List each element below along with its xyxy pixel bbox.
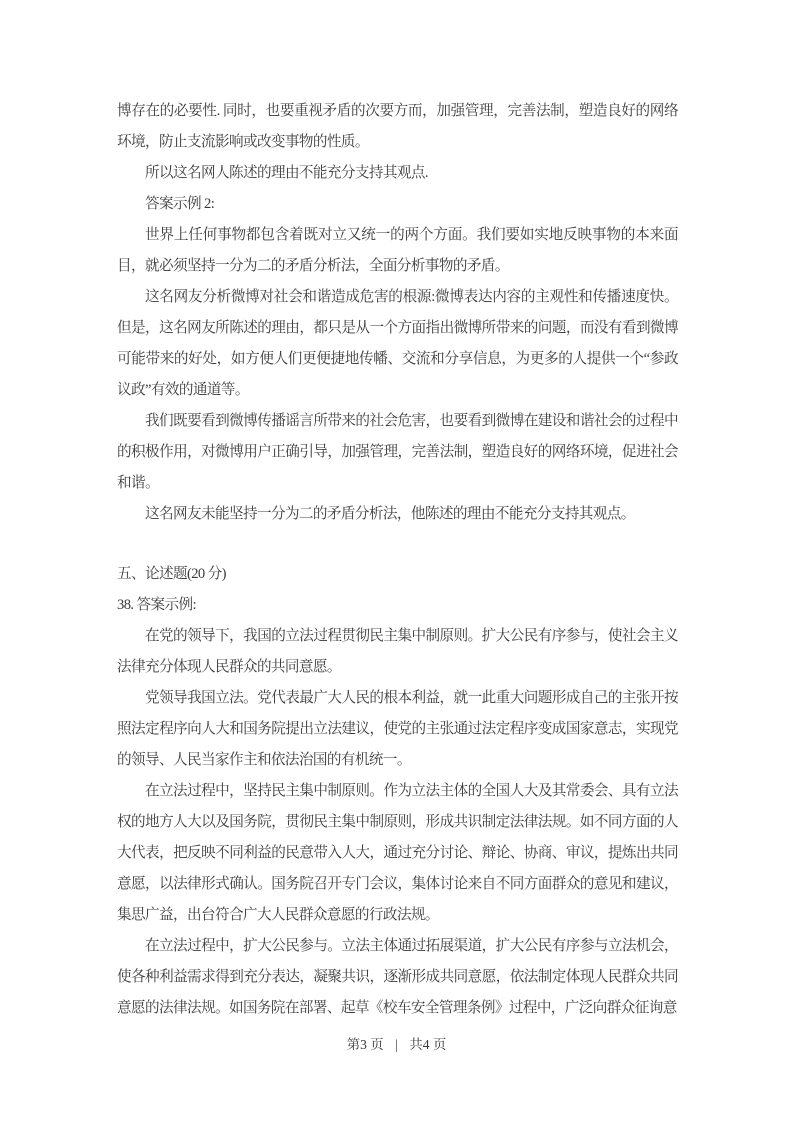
paragraph: 这名网友分析微博对社会和谐造成危害的根源:微博表达内容的主观性和传播速度快。但是… [117,282,678,406]
question-number-label: 38. 答案示例: [117,590,678,621]
paragraph: 在党的领导下，我国的立法过程贯彻民主集中制原则。扩大公民有序参与，使社会主义法律… [117,621,678,683]
paragraph: 党领导我国立法。党代表最广大人民的根本利益，就一此重大问题形成自己的主张开按照法… [117,683,678,776]
paragraph: 我们既要看到微博传播谣言所带来的社会危害，也要看到微博在建设和谐社会的过程中的积… [117,406,678,499]
document-page: 博存在的必要性. 同时，也要重视矛盾的次要方而，加强管理，完善法制，塑造良好的网… [0,0,793,1122]
paragraph: 世界上任何事物都包含着既对立又统一的两个方面。我们要如实地反映事物的本来面目，就… [117,220,678,282]
total-pages: 共4 页 [409,1037,446,1052]
paragraph: 所以这名网人陈述的理由不能充分支持其观点. [117,158,678,189]
paragraph: 在立法过程中，扩大公民参与。立法主体通过拓展渠道，扩大公民有序参与立法机会，使各… [117,931,678,1024]
page-number: 第3 页 [347,1037,384,1052]
page-footer: 第3 页 | 共4 页 [0,1033,793,1053]
paragraph: 在立法过程中，坚持民主集中制原则。作为立法主体的全国人大及其常委会、具有立法权的… [117,776,678,931]
paragraph: 这名网友未能坚持一分为二的矛盾分析法，他陈述的理由不能充分支持其观点。 [117,499,678,530]
paragraph-continuation: 博存在的必要性. 同时，也要重视矛盾的次要方而，加强管理，完善法制，塑造良好的网… [117,96,678,158]
answer-example-label: 答案示例 2: [117,189,678,220]
document-body: 博存在的必要性. 同时，也要重视矛盾的次要方而，加强管理，完善法制，塑造良好的网… [117,96,678,1024]
footer-separator: | [395,1037,398,1052]
section-heading: 五、论述题(20 分) [117,559,678,590]
